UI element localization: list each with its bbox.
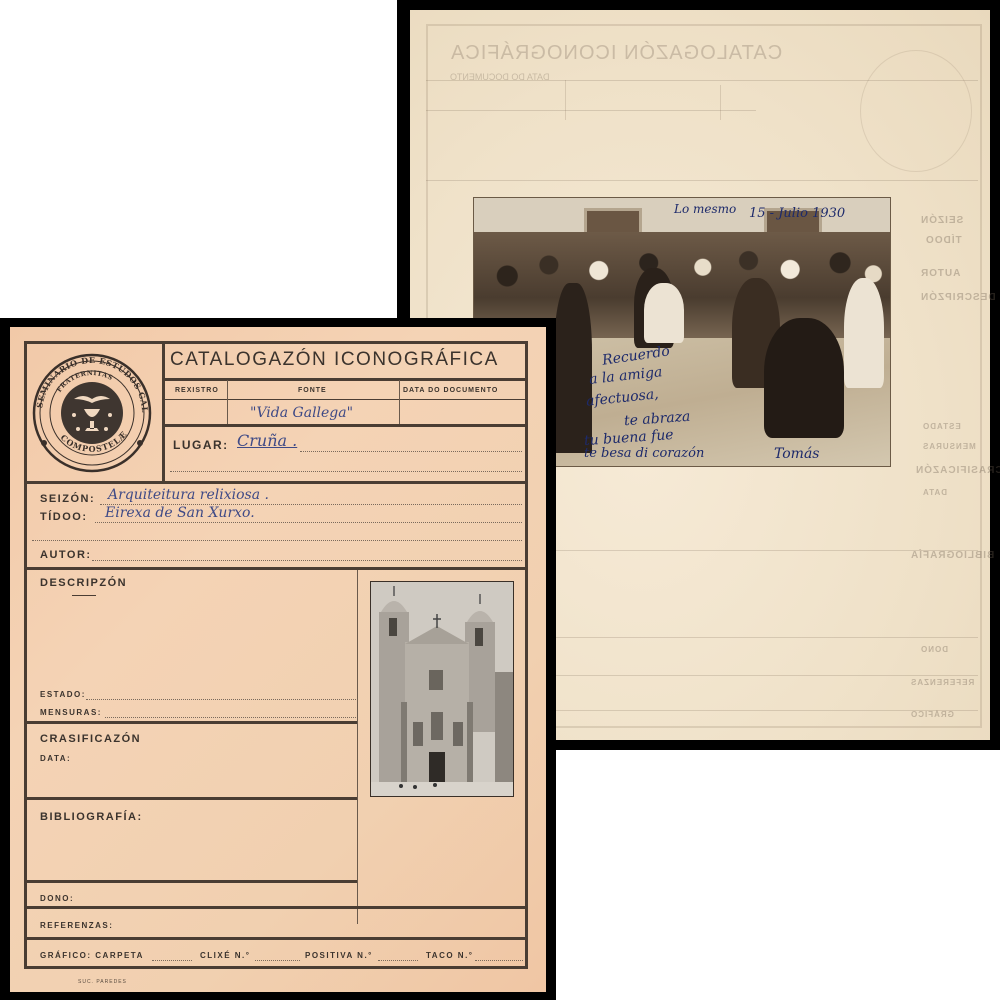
front-card-paper: SEMINARIO DE ESTUDOS GALEGOS FRATERNITAS…: [10, 327, 546, 992]
dotted-line: [92, 560, 522, 561]
dotted-line: [152, 960, 192, 961]
fonte-label: FONTE: [298, 387, 327, 394]
rule: [162, 424, 528, 427]
fonte-value[interactable]: "Vida Gallega": [250, 405, 353, 421]
rule: [24, 567, 528, 570]
front-card: SEMINARIO DE ESTUDOS GALEGOS FRATERNITAS…: [0, 318, 556, 1000]
estado-label: ESTADO:: [40, 690, 86, 699]
tidoo-value[interactable]: Eirexa de San Xurxo.: [105, 505, 255, 521]
dono-label: DONO:: [40, 894, 74, 903]
descripzon-label: DESCRIPZÓN: [40, 577, 127, 589]
lugar-value[interactable]: Cruña .: [237, 431, 297, 450]
rule: [24, 721, 357, 724]
printer-mark: SUC. PAREDES: [78, 979, 127, 985]
rule: [24, 906, 528, 909]
rule: [162, 378, 528, 381]
form-title: CATALOGAZÓN ICONOGRÁFICA: [170, 349, 499, 371]
seizon-label: SEIZÓN:: [40, 493, 95, 505]
ghost-label: DESCRIPZÓN: [920, 292, 996, 303]
church-photo: [370, 581, 514, 797]
ghost-rule: [426, 80, 978, 81]
grafico-carpeta-label: GRÁFICO: CARPETA: [40, 951, 144, 960]
inscription-date: 15 - Julio 1930: [749, 206, 845, 221]
column-divider: [227, 380, 228, 425]
ghost-label: DATA: [922, 488, 947, 497]
rule: [24, 937, 528, 940]
data-documento-label: DATA DO DOCUMENTO: [403, 387, 498, 394]
ghost-rule: [426, 110, 756, 111]
ghost-label: TÍDOO: [925, 235, 962, 246]
photo-figure: [644, 283, 684, 343]
seminario-seal-icon: SEMINARIO DE ESTUDOS GALEGOS FRATERNITAS…: [30, 351, 154, 475]
ghost-label: BIBLIOGRAFÍA: [910, 550, 994, 561]
ghost-divider: [720, 85, 721, 120]
data-label: DATA:: [40, 754, 71, 763]
ghost-label: REFERENZAS: [910, 678, 974, 687]
photo-dancer: [764, 318, 844, 438]
column-divider: [357, 570, 358, 924]
rule: [165, 399, 528, 400]
dotted-line: [105, 717, 356, 718]
dotted-line: [170, 471, 522, 472]
positiva-label: POSITIVA N.°: [305, 951, 373, 960]
inscription-signature: Tomás: [774, 446, 820, 462]
crasificazon-label: CRASIFICAZÓN: [40, 733, 141, 745]
ghost-label: MENSURAS: [922, 442, 976, 451]
dotted-line: [475, 960, 523, 961]
taco-label: TACO N.°: [426, 951, 474, 960]
inscription-top: Lo mesmo: [674, 202, 736, 216]
rule: [24, 797, 357, 800]
ghost-label: AUTOR: [920, 268, 960, 279]
rule: [24, 880, 357, 883]
referenzas-label: REFERENZAS:: [40, 921, 113, 930]
column-divider: [399, 380, 400, 425]
dotted-line: [300, 451, 522, 452]
ghost-title: CATALOGAZÓN ICONOGRÁFICA: [450, 42, 782, 65]
ghost-label: ESTADO: [922, 422, 961, 431]
ghost-divider: [565, 80, 566, 120]
autor-label: AUTOR:: [40, 549, 92, 561]
lugar-label: LUGAR:: [173, 438, 229, 452]
dotted-line: [86, 699, 356, 700]
rule: [24, 481, 528, 484]
clixe-label: CLIXÉ N.°: [200, 951, 250, 960]
ghost-label: GRÁFICO: [910, 710, 954, 719]
dotted-line: [32, 540, 522, 541]
bibliografia-label: BIBLIOGRAFÍA:: [40, 811, 143, 823]
rexistro-label: REXISTRO: [175, 387, 219, 394]
dotted-line: [255, 960, 300, 961]
inscription-line: te besa di corazón: [584, 446, 704, 461]
ghost-label: CRASIFICAZÓN: [915, 465, 1000, 476]
photo-dancer: [554, 283, 592, 453]
tidoo-label: TÍDOO:: [40, 511, 88, 523]
ghost-seal-outline: [860, 50, 972, 172]
dotted-line: [95, 522, 522, 523]
ghost-label: DONO: [920, 645, 948, 654]
ghost-rule: [426, 180, 978, 181]
photo-figure: [844, 278, 884, 388]
seal-divider: [162, 341, 165, 481]
ghost-label: SEIZÓN: [920, 215, 963, 226]
dotted-line: [378, 960, 418, 961]
seizon-value[interactable]: Arquiteitura relixiosa .: [108, 487, 269, 503]
underline-mark: [72, 595, 96, 596]
mensuras-label: MENSURAS:: [40, 708, 102, 717]
